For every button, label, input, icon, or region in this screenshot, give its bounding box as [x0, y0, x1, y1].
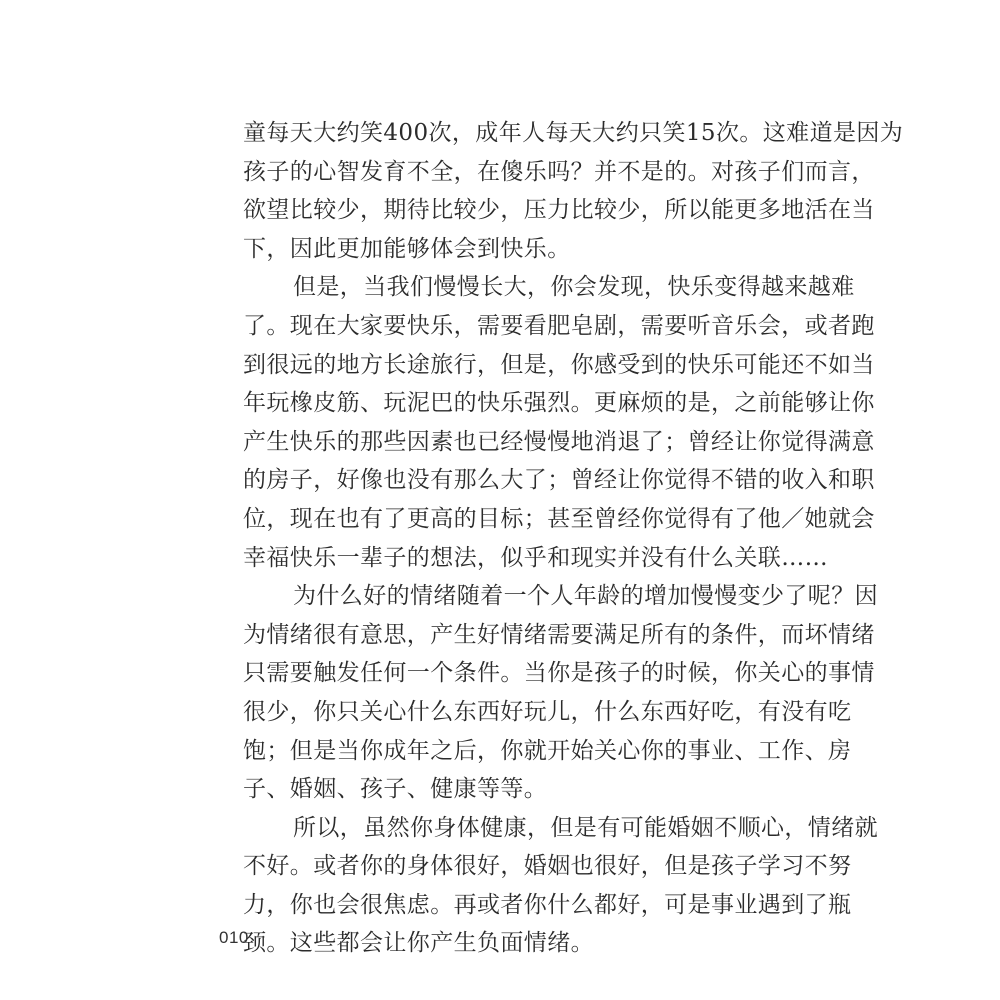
text-line: 年玩橡皮筋、玩泥巴的快乐强烈。更麻烦的是，之前能够让你	[243, 384, 768, 423]
book-page: 童每天大约笑400次，成年人每天大约只笑15次。这难道是因为 孩子的心智发育不全…	[0, 0, 1000, 1000]
text-line: 到很远的地方长途旅行，但是，你感受到的快乐可能还不如当	[243, 346, 768, 385]
text-line: 位，现在也有了更高的目标；甚至曾经你觉得有了他／她就会	[243, 500, 768, 539]
text-line: 不好。或者你的身体很好，婚姻也很好，但是孩子学习不努	[243, 847, 768, 886]
text-line: 产生快乐的那些因素也已经慢慢地消退了；曾经让你觉得满意	[243, 423, 768, 462]
page-number: 010	[219, 928, 249, 948]
text-line: 幸福快乐一辈子的想法，似乎和现实并没有什么关联……	[243, 539, 768, 578]
text-line: 了。现在大家要快乐，需要看肥皂剧，需要听音乐会，或者跑	[243, 307, 768, 346]
body-text: 童每天大约笑400次，成年人每天大约只笑15次。这难道是因为 孩子的心智发育不全…	[243, 114, 768, 963]
text-line: 很少，你只关心什么东西好玩儿，什么东西好吃，有没有吃	[243, 693, 768, 732]
paragraph-start-line: 所以，虽然你身体健康，但是有可能婚姻不顺心，情绪就	[243, 809, 768, 848]
paragraph-start-line: 但是，当我们慢慢长大，你会发现，快乐变得越来越难	[243, 268, 768, 307]
text-line: 欲望比较少，期待比较少，压力比较少，所以能更多地活在当	[243, 191, 768, 230]
text-line: 孩子的心智发育不全，在傻乐吗？并不是的。对孩子们而言，	[243, 153, 768, 192]
text-line: 为情绪很有意思，产生好情绪需要满足所有的条件，而坏情绪	[243, 616, 768, 655]
text-line: 颈。这些都会让你产生负面情绪。	[243, 924, 768, 963]
text-line: 子、婚姻、孩子、健康等等。	[243, 770, 768, 809]
text-line: 下，因此更加能够体会到快乐。	[243, 230, 768, 269]
text-line: 饱；但是当你成年之后，你就开始关心你的事业、工作、房	[243, 732, 768, 771]
text-line: 力，你也会很焦虑。再或者你什么都好，可是事业遇到了瓶	[243, 886, 768, 925]
text-line: 的房子，好像也没有那么大了；曾经让你觉得不错的收入和职	[243, 461, 768, 500]
text-line: 童每天大约笑400次，成年人每天大约只笑15次。这难道是因为	[243, 114, 768, 153]
paragraph-start-line: 为什么好的情绪随着一个人年龄的增加慢慢变少了呢？因	[243, 577, 768, 616]
text-line: 只需要触发任何一个条件。当你是孩子的时候，你关心的事情	[243, 654, 768, 693]
